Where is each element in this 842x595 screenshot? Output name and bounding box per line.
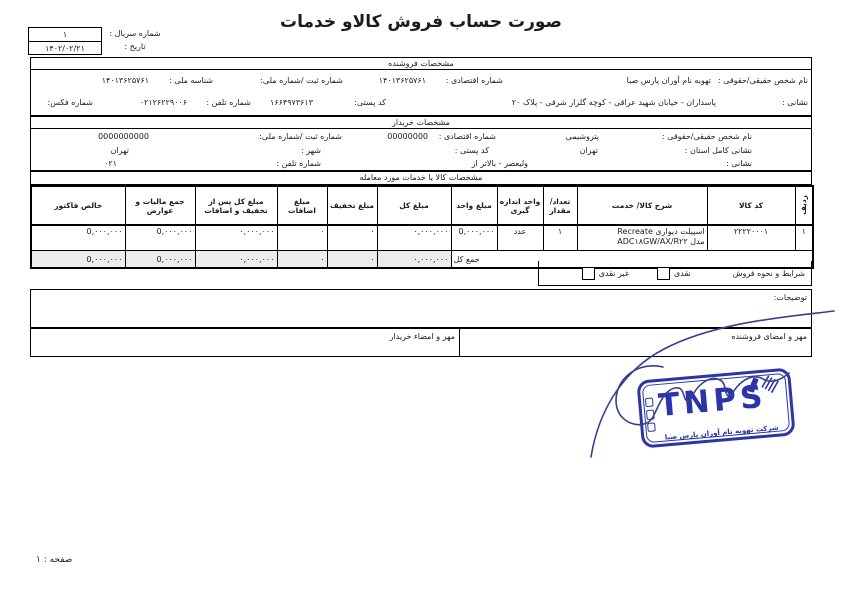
seller-economic-label: شماره اقتصادی : — [446, 76, 503, 85]
seller-registration-label: شماره ثبت /شماره ملی: — [260, 76, 343, 85]
non-cash-checkbox[interactable] — [582, 267, 595, 280]
buyer-registration-label: شماره ثبت /شماره ملی: — [259, 132, 342, 141]
invoice-page: ۱ ۱۴۰۲/۰۲/۲۱ شماره سریال : تاریخ : صورت … — [0, 0, 842, 595]
non-cash-label: غیر نقدی — [599, 269, 629, 278]
col-tax: جمع مالیات و عوارض — [125, 186, 195, 225]
col-unit: واحد اندازه گیری — [497, 186, 543, 225]
date-value: ۱۴۰۲/۰۲/۲۱ — [29, 42, 101, 55]
col-total-after: مبلغ کل پس از تخفیف و اضافات — [195, 186, 277, 225]
buyer-phone-label: شماره تلفن : — [276, 159, 321, 168]
seller-postal-label: کد پستی: — [354, 98, 386, 107]
sale-terms-label: شرایط و نحوه فروش — [733, 269, 805, 278]
buyer-registration-value: 0000000000 — [98, 132, 149, 141]
col-row-number: ردیف — [795, 186, 813, 225]
seller-signature-cell: مهر و امضای فروشنده — [459, 329, 811, 356]
seller-phone-label: شماره تلفن : — [206, 98, 251, 107]
notes-box: توضیحات: — [30, 289, 812, 328]
page-title: صورت حساب فروش کالاو خدمات — [0, 12, 842, 32]
seller-section-header: مشخصات فروشنده — [30, 57, 812, 70]
stamp-hand-icon — [743, 372, 783, 399]
buyer-address-value: ولیعصر - بالاتر از — [472, 159, 528, 168]
sum-total: ۰,۰۰۰,۰۰۰ — [377, 251, 451, 269]
cash-label: نقدی — [674, 269, 691, 278]
item-total-after: ۰,۰۰۰,۰۰۰ — [195, 225, 277, 251]
item-discount: ۰ — [327, 225, 377, 251]
sum-additions: ۰ — [277, 251, 327, 269]
sum-total-after: ۰,۰۰۰,۰۰۰ — [195, 251, 277, 269]
buyer-province-value: تهران — [580, 146, 598, 155]
items-section-header: مشخصات کالا یا خدمات مورد معامله — [30, 171, 812, 185]
buyer-city-label: شهر : — [301, 146, 321, 155]
col-additions: مبلغ اضافات — [277, 186, 327, 225]
item-total: ۰,۰۰۰,۰۰۰ — [377, 225, 451, 251]
item-additions: ۰ — [277, 225, 327, 251]
seller-name-label: نام شخص حقیقی/حقوقی : — [718, 76, 808, 85]
item-unit: عدد — [497, 225, 543, 251]
buyer-economic-value: 00000000 — [387, 132, 428, 141]
col-description: شرح کالا/ خدمت — [577, 186, 707, 225]
sale-terms-bar: شرایط و نحوه فروش نقدی غیر نقدی — [538, 261, 812, 286]
item-description: اسپیلت دیواری Recreate مدل ADC۱۸GW/AX/R۲… — [577, 225, 707, 251]
sum-tax: 0,۰۰۰,۰۰۰ — [125, 251, 195, 269]
buyer-name-label: نام شخص حقیقی/حقوقی : — [662, 132, 752, 141]
buyer-section-header: مشخصات خریدار — [30, 116, 812, 129]
buyer-economic-label: شماره اقتصادی : — [439, 132, 496, 141]
item-row: ۱ ۲۲۲۲۰۰۰۱ اسپیلت دیواری Recreate مدل AD… — [31, 225, 813, 251]
item-unit-price: 0,۰۰۰,۰۰۰ — [451, 225, 497, 251]
signature-row: مهر و امضای فروشنده مهر و امضاء خریدار — [30, 328, 812, 357]
buyer-address-label: نشانی : — [726, 159, 752, 168]
cash-checkbox[interactable] — [657, 267, 670, 280]
col-item-code: کد کالا — [707, 186, 795, 225]
seller-economic-value: ۱۴۰۱۳۶۲۵۷۶۱ — [379, 76, 426, 85]
item-net: 0,۰۰۰,۰۰۰ — [31, 225, 125, 251]
items-table: ردیف کد کالا شرح کالا/ خدمت تعداد/ مقدار… — [30, 185, 814, 269]
col-quantity: تعداد/ مقدار — [543, 186, 577, 225]
buyer-signature-cell: مهر و امضاء خریدار — [31, 329, 459, 356]
sum-net: 0,۰۰۰,۰۰۰ — [31, 251, 125, 269]
sum-discount: ۰ — [327, 251, 377, 269]
seller-address-value: پاسداران - خیابان شهید عراقی - کوچه گلزا… — [512, 98, 716, 107]
seller-section: نام شخص حقیقی/حقوقی : تهویه نام آوران پا… — [30, 70, 812, 116]
item-tax: 0,۰۰۰,۰۰۰ — [125, 225, 195, 251]
item-row-number: ۱ — [795, 225, 813, 251]
notes-label: توضیحات: — [770, 290, 811, 305]
items-header-row: ردیف کد کالا شرح کالا/ خدمت تعداد/ مقدار… — [31, 186, 813, 225]
item-code: ۲۲۲۲۰۰۰۱ — [707, 225, 795, 251]
buyer-postal-label: کد پستی : — [455, 146, 489, 155]
seller-national-id-value: ۱۴۰۱۳۶۲۵۷۶۱ — [102, 76, 149, 85]
company-stamp: TNPS شرکت تهویه نام آوران پارس صبا — [636, 367, 795, 448]
seller-signature-label: مهر و امضای فروشنده — [731, 332, 807, 341]
date-label: تاریخ : — [100, 40, 170, 53]
seller-name-value: تهویه نام آوران پارس صبا — [627, 76, 711, 85]
buyer-city-value: تهران — [111, 146, 129, 155]
page-number: صفحه : ۱ — [36, 555, 72, 565]
buyer-name-value: پتروشیمی — [566, 132, 599, 141]
col-discount: مبلغ تخفیف — [327, 186, 377, 225]
seller-phone-value: ۰۲۱۲۶۲۲۹۰۰۶ — [140, 98, 187, 107]
seller-address-label: نشانی : — [782, 98, 808, 107]
col-total: مبلغ کل — [377, 186, 451, 225]
seller-fax-label: شماره فکس: — [48, 98, 94, 107]
col-unit-price: مبلغ واحد — [451, 186, 497, 225]
buyer-phone-value: ۰۲۱ — [104, 159, 117, 168]
buyer-province-label: نشانی کامل استان : — [685, 146, 752, 155]
seller-postal-value: ۱۶۶۴۹۷۳۶۱۳ — [270, 98, 313, 107]
buyer-signature-label: مهر و امضاء خریدار — [390, 332, 455, 341]
seller-national-id-label: شناسه ملی : — [169, 76, 213, 85]
buyer-section: نام شخص حقیقی/حقوقی : پتروشیمی شماره اقت… — [30, 129, 812, 171]
item-quantity: ۱ — [543, 225, 577, 251]
col-net: خالص فاکتور — [31, 186, 125, 225]
